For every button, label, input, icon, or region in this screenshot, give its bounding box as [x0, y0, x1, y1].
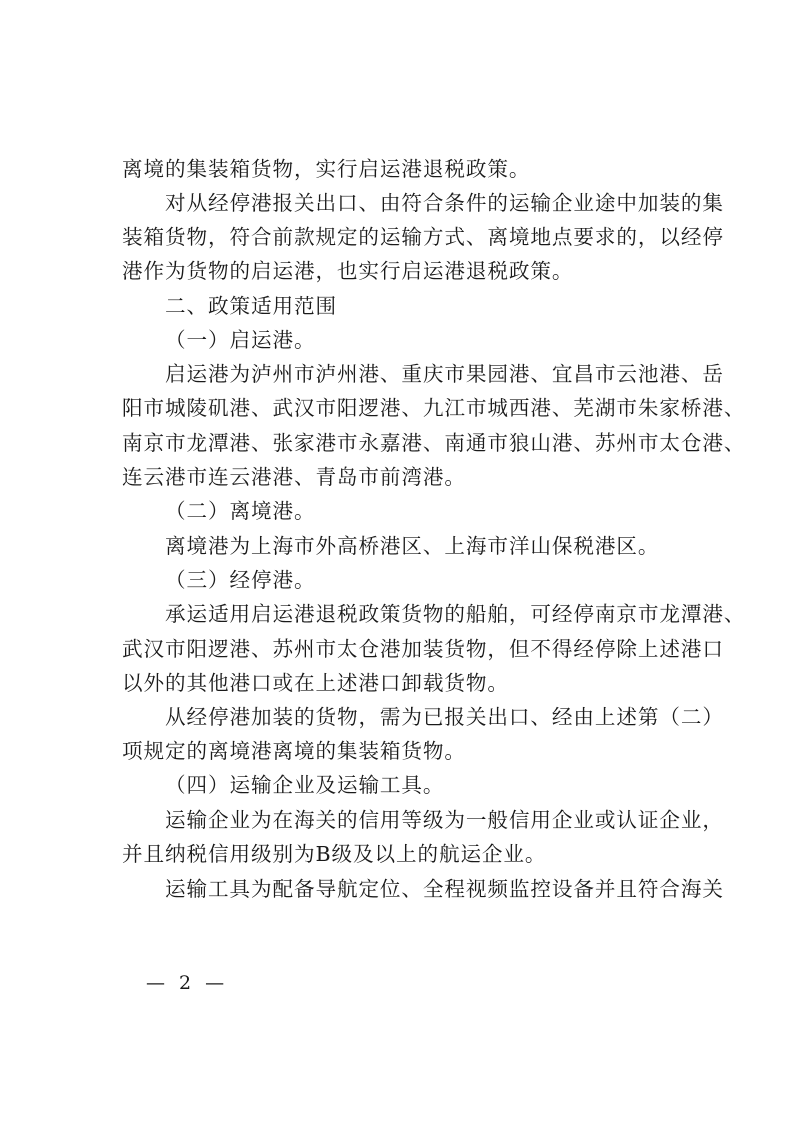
- text-line: 武汉市阳逻港、苏州市太仓港加装货物，但不得经停除上述港口: [122, 632, 682, 666]
- text-line: （一）启运港。: [165, 323, 682, 357]
- page-number: — 2 —: [146, 972, 228, 994]
- text-line: 运输企业为在海关的信用等级为一般信用企业或认证企业，: [165, 803, 682, 837]
- text-line: 运输工具为配备导航定位、全程视频监控设备并且符合海关: [165, 872, 682, 906]
- text-line: （四）运输企业及运输工具。: [165, 768, 682, 802]
- text-line: 并且纳税信用级别为B级及以上的航运企业。: [122, 837, 682, 871]
- text-line: 二、政策适用范围: [165, 289, 682, 323]
- text-line: （二）离境港。: [165, 494, 682, 528]
- text-line: 启运港为泸州市泸州港、重庆市果园港、宜昌市云池港、岳: [165, 357, 682, 391]
- text-line: 离境的集装箱货物，实行启运港退税政策。: [122, 152, 682, 186]
- text-line: 港作为货物的启运港，也实行启运港退税政策。: [122, 254, 682, 288]
- text-line: 从经停港加装的货物，需为已报关出口、经由上述第（二）: [165, 700, 682, 734]
- text-line: 对从经停港报关出口、由符合条件的运输企业途中加装的集: [165, 186, 682, 220]
- text-line: 离境港为上海市外高桥港区、上海市洋山保税港区。: [165, 529, 682, 563]
- text-line: 装箱货物，符合前款规定的运输方式、离境地点要求的，以经停: [122, 220, 682, 254]
- document-page: 离境的集装箱货物，实行启运港退税政策。对从经停港报关出口、由符合条件的运输企业途…: [0, 0, 793, 1122]
- text-line: 阳市城陵矶港、武汉市阳逻港、九江市城西港、芜湖市朱家桥港、: [122, 391, 682, 425]
- text-line: 承运适用启运港退税政策货物的船舶，可经停南京市龙潭港、: [165, 597, 682, 631]
- text-line: 以外的其他港口或在上述港口卸载货物。: [122, 666, 682, 700]
- text-line: 项规定的离境港离境的集装箱货物。: [122, 734, 682, 768]
- text-line: 南京市龙潭港、张家港市永嘉港、南通市狼山港、苏州市太仓港、: [122, 426, 682, 460]
- text-line: （三）经停港。: [165, 563, 682, 597]
- text-line: 连云港市连云港港、青岛市前湾港。: [122, 460, 682, 494]
